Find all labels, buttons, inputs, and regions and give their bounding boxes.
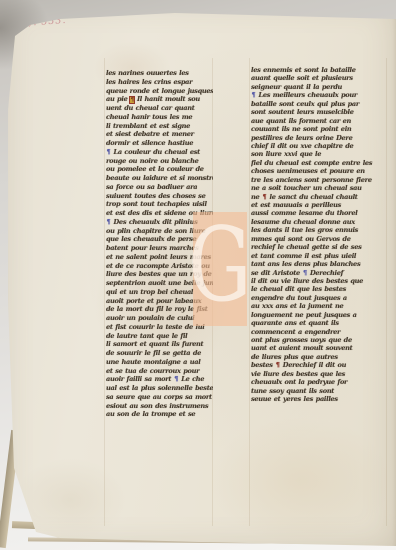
text-line: sa force ou sa badiuer ara [106, 183, 213, 192]
text-line: ual est la plus solennelle beste [106, 384, 213, 393]
text-line: tune ssoy quant ils sont [251, 387, 387, 395]
text-line: pestilires de leurs orine Dere [251, 134, 387, 142]
text-line: li tremblant et est signe [106, 122, 213, 131]
text-line: tant ans les dens plus blanches [251, 260, 387, 268]
text-line: aue quant ils forment car en [251, 117, 387, 125]
paraph-mark: ¶ [174, 375, 179, 383]
text-line: mmes qui sont ou Gervos de [251, 235, 387, 243]
text-line: engendre du tout jusques a [251, 294, 387, 302]
text-line: les dants il tue les gros ennuis [251, 226, 387, 234]
text-line: son liure xxvi que le [251, 150, 387, 158]
text-line: quarante ans et quant ils [251, 319, 387, 327]
text-line: bataille sont ceulx qui plus par [251, 100, 387, 108]
paraph-mark: ¶ [251, 91, 256, 99]
text-line: au son de la trompe et se [106, 410, 213, 419]
text-line: le cheual dit que les bestes [251, 285, 387, 293]
text-line: ¶ Les meilleurs cheuaulx pour [251, 91, 387, 99]
photo-background: (Avl). 333. les narines ouuertes lesles … [0, 0, 396, 550]
text-line: fiel du cheual est compte entre les [251, 159, 387, 167]
text-line: aussi comme lesame du thorel [251, 209, 387, 217]
text-line: et se tua de courroux pour [106, 367, 213, 376]
text-line: cheual hanir tous les me [106, 113, 213, 122]
text-line: rechief le cheual gette si de ses [251, 243, 387, 251]
text-line: ont plus grosses uoys que de [251, 336, 387, 344]
paraph-mark: ¶ [106, 148, 111, 156]
text-line: rouge ou noire ou blanche [106, 157, 213, 166]
text-line: sa seure que au corps sa mort [106, 393, 213, 402]
paraph-mark: ¶ [302, 269, 307, 277]
text-line: seuue et yeres les pailles [251, 395, 387, 403]
paraph-mark: ¶ [130, 97, 134, 103]
text-line: les haires les crins espar [106, 78, 213, 87]
text-line: il dit ou vie liure des bestes que [251, 277, 387, 285]
text-line: vie liure des bestes que les [251, 370, 387, 378]
text-line: choses uenimeuses et pouure en [251, 167, 387, 175]
paraph-mark: ¶ [106, 218, 111, 226]
text-line: bestes ¶ Derechief il dit ou [251, 361, 387, 369]
paraph-mark: ¶ [275, 361, 280, 369]
text-line: beaute ou laidure et si monstre [106, 174, 213, 183]
text-line: de lautre tant que le fil [106, 332, 213, 341]
text-line: couuant ils ne sont point ein [251, 125, 387, 133]
text-line: ¶ La couleur du cheual est [106, 148, 213, 157]
watermark-letter: G [188, 215, 252, 317]
text-line: et tant comme il est plus uieil [251, 252, 387, 260]
text-line: les ennemis et sont la bataille [251, 66, 387, 74]
paraph-mark: ¶ [262, 193, 267, 201]
text-line: se dit Aristote ¶ Derechief [251, 269, 387, 277]
text-line: esiout au son des instrumens [106, 402, 213, 411]
text-line: commencent a engendrer [251, 328, 387, 336]
text-line: dormir et silence hastiue [106, 139, 213, 148]
text-line: chief il dit ou xve chapitre de [251, 142, 387, 150]
text-line: et est mauuais a perilleus [251, 201, 387, 209]
text-line: auoir failli sa mort ¶ Le che [106, 375, 213, 384]
text-line: li samort et quant ils furent [106, 340, 213, 349]
text-line: ne ¶ le sanct du cheual chault [251, 193, 387, 201]
text-line: sont soutent leurs muselcible [251, 108, 387, 116]
text-line: suiuent toutes des choses se [106, 192, 213, 201]
text-line: une haute montaigne a ual [106, 358, 213, 367]
text-line: ou pomelee et la couleur de [106, 165, 213, 174]
text-line: cheuaulx ont la pedryue for [251, 378, 387, 386]
ruling-line [104, 58, 105, 526]
shelfmark-inscription: (Avl). 333. [6, 15, 67, 30]
text-line: queue ronde et longue jusques [106, 87, 213, 96]
text-line: ne a soit toucher un cheual sau [251, 184, 387, 192]
text-line: les narines ouuertes les [106, 69, 213, 78]
text-line: et siest debatre et mener [106, 130, 213, 139]
watermark-overlay: G [193, 212, 247, 326]
text-column-right: les ennemis et sont la batailleauant que… [251, 66, 387, 404]
text-line: tre les anciens sont personne fiere [251, 176, 387, 184]
text-line: seigneur quant il la perdu [251, 83, 387, 91]
text-line: lesaume du cheual donne aux [251, 218, 387, 226]
text-line: au pie ¶ Il hanit moult sou [106, 95, 213, 104]
text-line: uent du cheual car quant [106, 104, 213, 113]
text-line: longuement ne peut jusques a [251, 311, 387, 319]
text-line: au xxx ans et la jument ne [251, 302, 387, 310]
text-line: uant et auient moult souvent [251, 344, 387, 352]
text-line: de souurir le fil se getta de [106, 349, 213, 358]
text-line: auant quelle soit et plusieurs [251, 74, 387, 82]
text-line: de liures plus que autres [251, 353, 387, 361]
